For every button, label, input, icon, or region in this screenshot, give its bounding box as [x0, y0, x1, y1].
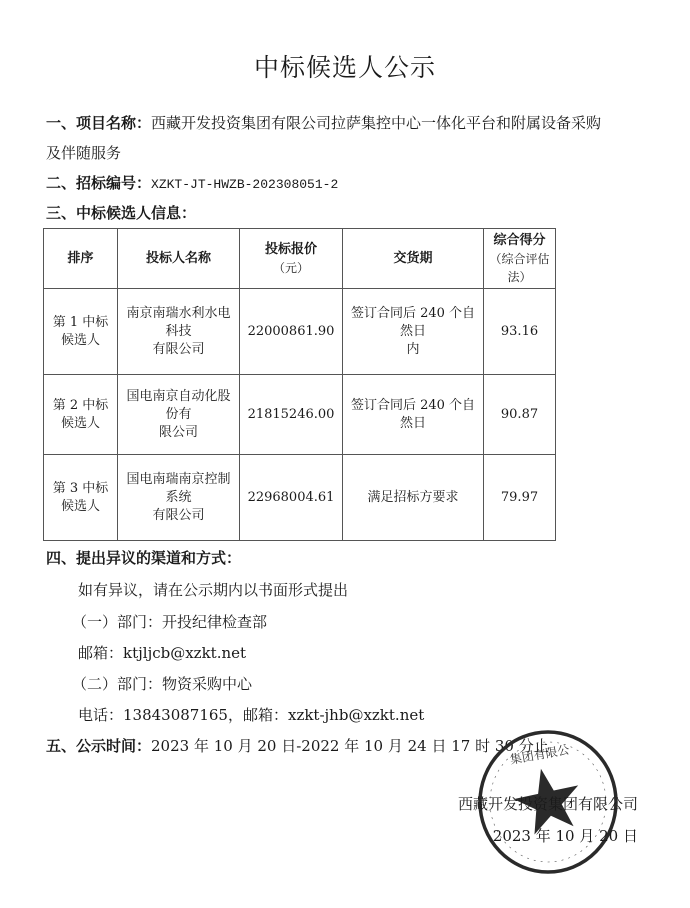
header-rank: 排序: [44, 229, 118, 289]
tender-number-label: 二、招标编号：: [46, 174, 151, 192]
project-name-label: 一、项目名称：: [46, 114, 151, 132]
table-row: 第 1 中标候选人 南京南瑞水利水电科技有限公司 22000861.90 签订合…: [44, 289, 556, 375]
signature-org: 西藏开发投资集团有限公司: [458, 794, 638, 814]
page-title: 中标候选人公示: [0, 48, 690, 84]
cell-delivery: 满足招标方要求: [343, 455, 484, 541]
header-delivery: 交货期: [343, 229, 484, 289]
objection-heading: 四、提出异议的渠道和方式：: [46, 548, 241, 568]
project-name-line: 一、项目名称：西藏开发投资集团有限公司拉萨集控中心一体化平台和附属设备采购: [46, 113, 601, 133]
tender-number-value: XZKT-JT-HWZB-202308051-2: [151, 177, 338, 192]
cell-bidder: 国电南瑞南京控制系统有限公司: [118, 455, 240, 541]
publicity-period-label: 五、公示时间：: [46, 737, 151, 755]
cell-price: 21815246.00: [240, 375, 343, 455]
signature-date: 2023 年 10 月 20 日: [493, 826, 638, 846]
header-bidder: 投标人名称: [118, 229, 240, 289]
table-header-row: 排序 投标人名称 投标报价 （元） 交货期 综合得分 （综合评估 法）: [44, 229, 556, 289]
header-price: 投标报价 （元）: [240, 229, 343, 289]
header-score-note1: （综合评估: [488, 250, 551, 268]
cell-score: 90.87: [484, 375, 556, 455]
table-row: 第 3 中标候选人 国电南瑞南京控制系统有限公司 22968004.61 满足招…: [44, 455, 556, 541]
header-price-label: 投标报价: [265, 242, 317, 257]
cell-bidder: 南京南瑞水利水电科技有限公司: [118, 289, 240, 375]
cell-rank: 第 3 中标候选人: [44, 455, 118, 541]
cell-price: 22000861.90: [240, 289, 343, 375]
candidates-heading: 三、中标候选人信息：: [46, 203, 196, 223]
cell-rank: 第 1 中标候选人: [44, 289, 118, 375]
header-score-note2: 法）: [488, 268, 551, 286]
dept2-contact[interactable]: 电话：13843087165，邮箱：xzkt-jhb@xzkt.net: [78, 705, 424, 725]
dept1-email[interactable]: 邮箱：ktjljcb@xzkt.net: [78, 643, 246, 663]
cell-score: 93.16: [484, 289, 556, 375]
cell-price: 22968004.61: [240, 455, 343, 541]
candidates-table: 排序 投标人名称 投标报价 （元） 交货期 综合得分 （综合评估 法） 第 1 …: [43, 228, 556, 541]
svg-text:集团有限公: 集团有限公: [509, 742, 571, 767]
dept2-line: （二）部门：物资采购中心: [72, 674, 252, 694]
dept1-line: （一）部门：开投纪律检查部: [72, 612, 267, 632]
cell-rank: 第 2 中标候选人: [44, 375, 118, 455]
cell-bidder: 国电南京自动化股份有限公司: [118, 375, 240, 455]
project-name-continued: 及伴随服务: [46, 143, 121, 163]
cell-delivery: 签订合同后 240 个自然日内: [343, 289, 484, 375]
cell-delivery: 签订合同后 240 个自然日: [343, 375, 484, 455]
tender-number-line: 二、招标编号：XZKT-JT-HWZB-202308051-2: [46, 173, 338, 195]
header-score: 综合得分 （综合评估 法）: [484, 229, 556, 289]
objection-intro: 如有异议，请在公示期内以书面形式提出: [78, 580, 348, 600]
publicity-period-line: 五、公示时间：2023 年 10 月 20 日-2022 年 10 月 24 日…: [46, 736, 549, 756]
header-score-label: 综合得分: [493, 233, 545, 248]
table-row: 第 2 中标候选人 国电南京自动化股份有限公司 21815246.00 签订合同…: [44, 375, 556, 455]
cell-score: 79.97: [484, 455, 556, 541]
header-price-unit: （元）: [244, 259, 338, 277]
project-name-value: 西藏开发投资集团有限公司拉萨集控中心一体化平台和附属设备采购: [151, 114, 601, 132]
